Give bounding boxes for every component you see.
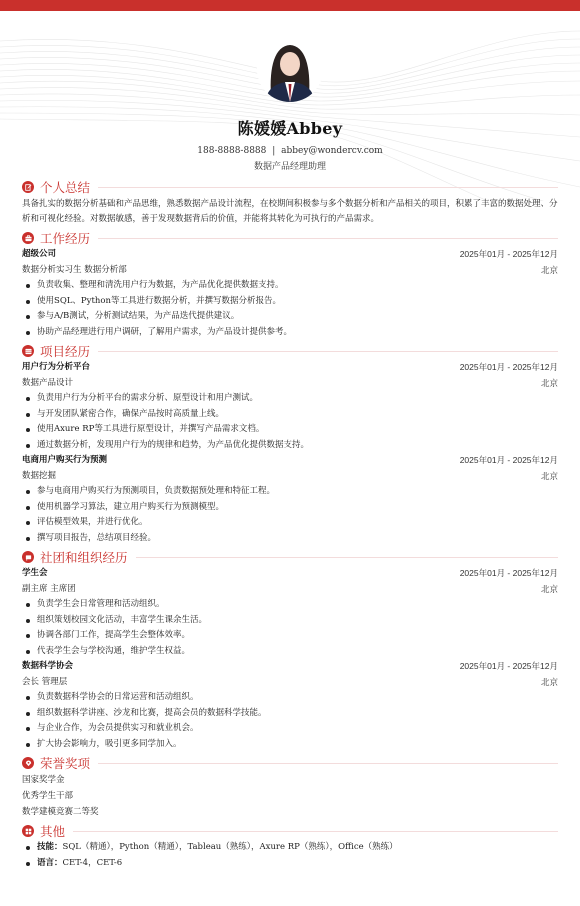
phone-number: 188-8888-8888 xyxy=(197,146,266,156)
bullet-item: 负责用户行为分析平台的需求分析、原型设计和用户测试。 xyxy=(22,391,558,407)
entry-bullets: 负责收集、整理和清洗用户行为数据，为产品优化提供数据支持。 使用SQL、Pyth… xyxy=(22,278,558,340)
languages-item: 语言：CET-4，CET-6 xyxy=(22,856,558,872)
entry-subheader: 副主席 主席团 北京 xyxy=(22,582,558,598)
entry-header: 用户行为分析平台 2025年01月 - 2025年12月 xyxy=(22,360,558,376)
company-name: 超级公司 xyxy=(22,247,56,263)
entry-date: 2025年01月 - 2025年12月 xyxy=(460,659,558,675)
summary-text: 具备扎实的数据分析基础和产品思维，熟悉数据产品设计流程，在校期间积极参与多个数据… xyxy=(22,197,558,227)
bullet-item: 与企业合作，为会员提供实习和就业机会。 xyxy=(22,721,558,737)
entry-subheader: 会长 管理层 北京 xyxy=(22,675,558,691)
bullet-item: 组织数据科学讲座、沙龙和比赛，提高会员的数据科学技能。 xyxy=(22,706,558,722)
other-list: 技能：SQL（精通），Python（精通），Tableau（熟练），Axure … xyxy=(22,840,558,871)
contact-line: 188-8888-8888 | abbey@wondercv.com xyxy=(0,146,580,156)
skills-value: SQL（精通），Python（精通），Tableau（熟练），Axure RP（… xyxy=(63,842,398,852)
entry-subheader: 数据分析实习生 数据分析部 北京 xyxy=(22,263,558,279)
entry-bullets: 负责数据科学协会的日常运营和活动组织。 组织数据科学讲座、沙龙和比赛，提高会员的… xyxy=(22,690,558,752)
section-divider xyxy=(98,351,558,352)
entry-location: 北京 xyxy=(541,675,558,691)
entry-date: 2025年01月 - 2025年12月 xyxy=(460,566,558,582)
bullet-item: 协助产品经理进行用户调研，了解用户需求，为产品设计提供参考。 xyxy=(22,325,558,341)
bullet-item: 组织策划校园文化活动，丰富学生课余生活。 xyxy=(22,613,558,629)
skills-label: 技能： xyxy=(37,842,63,852)
bullet-item: 撰写项目报告，总结项目经验。 xyxy=(22,531,558,547)
entry-header: 学生会 2025年01月 - 2025年12月 xyxy=(22,566,558,582)
organization-name: 数据科学协会 xyxy=(22,659,73,675)
section-title: 荣誉奖项 xyxy=(40,754,90,772)
project-role: 数据产品设计 xyxy=(22,376,73,392)
skills-item: 技能：SQL（精通），Python（精通），Tableau（熟练），Axure … xyxy=(22,840,558,856)
section-title: 社团和组织经历 xyxy=(40,548,128,566)
entry-location: 北京 xyxy=(541,263,558,279)
project-entry: 用户行为分析平台 2025年01月 - 2025年12月 数据产品设计 北京 负… xyxy=(22,360,558,453)
bullet-item: 使用机器学习算法，建立用户购买行为预测模型。 xyxy=(22,500,558,516)
bullet-item: 扩大协会影响力，吸引更多同学加入。 xyxy=(22,737,558,753)
avatar-photo-icon xyxy=(257,36,323,102)
entry-date: 2025年01月 - 2025年12月 xyxy=(460,453,558,469)
organization-role: 会长 管理层 xyxy=(22,675,67,691)
email-address[interactable]: abbey@wondercv.com xyxy=(281,146,383,156)
entry-subheader: 数据挖掘 北京 xyxy=(22,469,558,485)
section-divider xyxy=(98,187,558,188)
grid-icon xyxy=(22,825,34,837)
section-divider xyxy=(73,831,558,832)
section-title: 其他 xyxy=(40,822,65,840)
entry-location: 北京 xyxy=(541,376,558,392)
position-title: 数据分析实习生 数据分析部 xyxy=(22,263,127,279)
section-title: 项目经历 xyxy=(40,342,90,360)
languages-label: 语言： xyxy=(37,858,63,868)
bullet-item: 代表学生会与学校沟通，维护学生权益。 xyxy=(22,644,558,660)
entry-location: 北京 xyxy=(541,469,558,485)
award-item: 数学建模竞赛二等奖 xyxy=(22,804,558,820)
bullet-item: 使用SQL、Python等工具进行数据分析，并撰写数据分析报告。 xyxy=(22,294,558,310)
flag-icon xyxy=(22,551,34,563)
edit-icon xyxy=(22,181,34,193)
section-organizations: 社团和组织经历 学生会 2025年01月 - 2025年12月 副主席 主席团 … xyxy=(22,548,558,752)
entry-header: 数据科学协会 2025年01月 - 2025年12月 xyxy=(22,659,558,675)
section-header: 项目经历 xyxy=(22,342,558,360)
entry-header: 电商用户购买行为预测 2025年01月 - 2025年12月 xyxy=(22,453,558,469)
section-projects: 项目经历 用户行为分析平台 2025年01月 - 2025年12月 数据产品设计… xyxy=(22,342,558,546)
top-accent-bar xyxy=(0,0,580,11)
contact-separator: | xyxy=(272,146,275,156)
project-entry: 电商用户购买行为预测 2025年01月 - 2025年12月 数据挖掘 北京 参… xyxy=(22,453,558,546)
profile-header: 陈媛媛Abbey 188-8888-8888 | abbey@wondercv.… xyxy=(0,36,580,172)
section-header: 个人总结 xyxy=(22,178,558,196)
section-header: 荣誉奖项 xyxy=(22,754,558,772)
section-header: 社团和组织经历 xyxy=(22,548,558,566)
bullet-item: 协调各部门工作，提高学生会整体效率。 xyxy=(22,628,558,644)
section-summary: 个人总结 具备扎实的数据分析基础和产品思维，熟悉数据产品设计流程，在校期间积极参… xyxy=(22,178,558,227)
briefcase-icon xyxy=(22,232,34,244)
bullet-item: 负责收集、整理和清洗用户行为数据，为产品优化提供数据支持。 xyxy=(22,278,558,294)
section-divider xyxy=(98,238,558,239)
entry-bullets: 负责用户行为分析平台的需求分析、原型设计和用户测试。 与开发团队紧密合作，确保产… xyxy=(22,391,558,453)
entry-bullets: 负责学生会日常管理和活动组织。 组织策划校园文化活动，丰富学生课余生活。 协调各… xyxy=(22,597,558,659)
bullet-item: 参与电商用户购买行为预测项目，负责数据预处理和特征工程。 xyxy=(22,484,558,500)
entry-subheader: 数据产品设计 北京 xyxy=(22,376,558,392)
resume-body: 个人总结 具备扎实的数据分析基础和产品思维，熟悉数据产品设计流程，在校期间积极参… xyxy=(22,176,558,871)
bullet-item: 使用Axure RP等工具进行原型设计，并撰写产品需求文档。 xyxy=(22,422,558,438)
award-item: 国家奖学金 xyxy=(22,772,558,788)
section-title: 工作经历 xyxy=(40,229,90,247)
project-name: 用户行为分析平台 xyxy=(22,360,90,376)
entry-bullets: 参与电商用户购买行为预测项目，负责数据预处理和特征工程。 使用机器学习算法，建立… xyxy=(22,484,558,546)
entry-location: 北京 xyxy=(541,582,558,598)
bullet-item: 通过数据分析，发现用户行为的规律和趋势，为产品优化提供数据支持。 xyxy=(22,438,558,454)
bullet-item: 参与A/B测试，分析测试结果，为产品迭代提供建议。 xyxy=(22,309,558,325)
section-divider xyxy=(98,763,558,764)
organization-entry: 学生会 2025年01月 - 2025年12月 副主席 主席团 北京 负责学生会… xyxy=(22,566,558,659)
entry-date: 2025年01月 - 2025年12月 xyxy=(460,360,558,376)
project-role: 数据挖掘 xyxy=(22,469,56,485)
section-work: 工作经历 超级公司 2025年01月 - 2025年12月 数据分析实习生 数据… xyxy=(22,229,558,340)
bullet-item: 评估模型效果，并进行优化。 xyxy=(22,515,558,531)
award-icon xyxy=(22,757,34,769)
work-entry: 超级公司 2025年01月 - 2025年12月 数据分析实习生 数据分析部 北… xyxy=(22,247,558,340)
candidate-name: 陈媛媛Abbey xyxy=(0,116,580,139)
section-header: 工作经历 xyxy=(22,229,558,247)
section-awards: 荣誉奖项 国家奖学金 优秀学生干部 数学建模竞赛二等奖 xyxy=(22,754,558,820)
section-header: 其他 xyxy=(22,822,558,840)
entry-date: 2025年01月 - 2025年12月 xyxy=(460,247,558,263)
organization-entry: 数据科学协会 2025年01月 - 2025年12月 会长 管理层 北京 负责数… xyxy=(22,659,558,752)
avatar xyxy=(257,36,323,102)
list-icon xyxy=(22,345,34,357)
job-intention: 数据产品经理助理 xyxy=(0,159,580,172)
languages-value: CET-4，CET-6 xyxy=(63,858,123,868)
bullet-item: 负责学生会日常管理和活动组织。 xyxy=(22,597,558,613)
bullet-item: 与开发团队紧密合作，确保产品按时高质量上线。 xyxy=(22,407,558,423)
bullet-item: 负责数据科学协会的日常运营和活动组织。 xyxy=(22,690,558,706)
section-title: 个人总结 xyxy=(40,178,90,196)
award-item: 优秀学生干部 xyxy=(22,788,558,804)
entry-header: 超级公司 2025年01月 - 2025年12月 xyxy=(22,247,558,263)
section-divider xyxy=(136,557,558,558)
organization-role: 副主席 主席团 xyxy=(22,582,76,598)
organization-name: 学生会 xyxy=(22,566,48,582)
project-name: 电商用户购买行为预测 xyxy=(22,453,107,469)
section-other: 其他 技能：SQL（精通），Python（精通），Tableau（熟练），Axu… xyxy=(22,822,558,871)
